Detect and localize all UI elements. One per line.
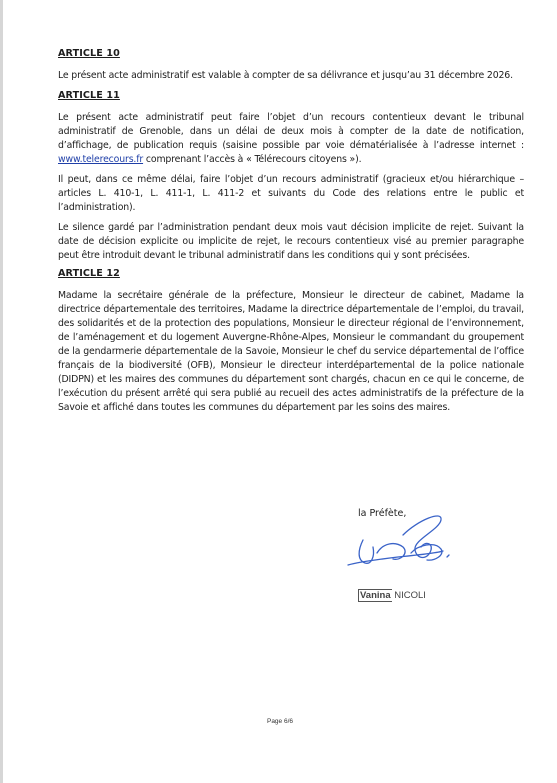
article-10: ARTICLE 10 Le présent acte administratif… <box>58 47 524 83</box>
document-body: ARTICLE 10 Le présent acte administratif… <box>58 47 524 421</box>
article-heading: ARTICLE 10 <box>58 47 524 61</box>
article-paragraph: Le silence gardé par l’administration pe… <box>58 221 524 263</box>
signatory-first-name: Vanina <box>358 589 392 602</box>
article-heading: ARTICLE 11 <box>58 89 524 103</box>
article-paragraph: Le présent acte administratif est valabl… <box>58 69 524 83</box>
telerecours-link[interactable]: www.telerecours.fr <box>58 154 143 165</box>
paragraph-text: Le présent acte administratif peut faire… <box>58 112 524 151</box>
signature-block: la Préfète, Vanina NICOLI <box>343 505 483 615</box>
article-paragraph: Le présent acte administratif peut faire… <box>58 111 524 167</box>
handwritten-signature <box>343 505 473 585</box>
article-12: ARTICLE 12 Madame la secrétaire générale… <box>58 267 524 415</box>
article-paragraph: Il peut, dans ce même délai, faire l’obj… <box>58 173 524 215</box>
article-11: ARTICLE 11 Le présent acte administratif… <box>58 89 524 263</box>
document-page: ARTICLE 10 Le présent acte administratif… <box>3 0 557 783</box>
paragraph-text: comprenant l’accès à « Télérecours citoy… <box>143 154 361 165</box>
article-paragraph: Madame la secrétaire générale de la préf… <box>58 289 524 415</box>
signatory-name: Vanina NICOLI <box>358 590 426 601</box>
article-heading: ARTICLE 12 <box>58 267 524 281</box>
page-number: Page 6/6 <box>3 718 557 725</box>
signatory-last-name: NICOLI <box>394 590 426 601</box>
